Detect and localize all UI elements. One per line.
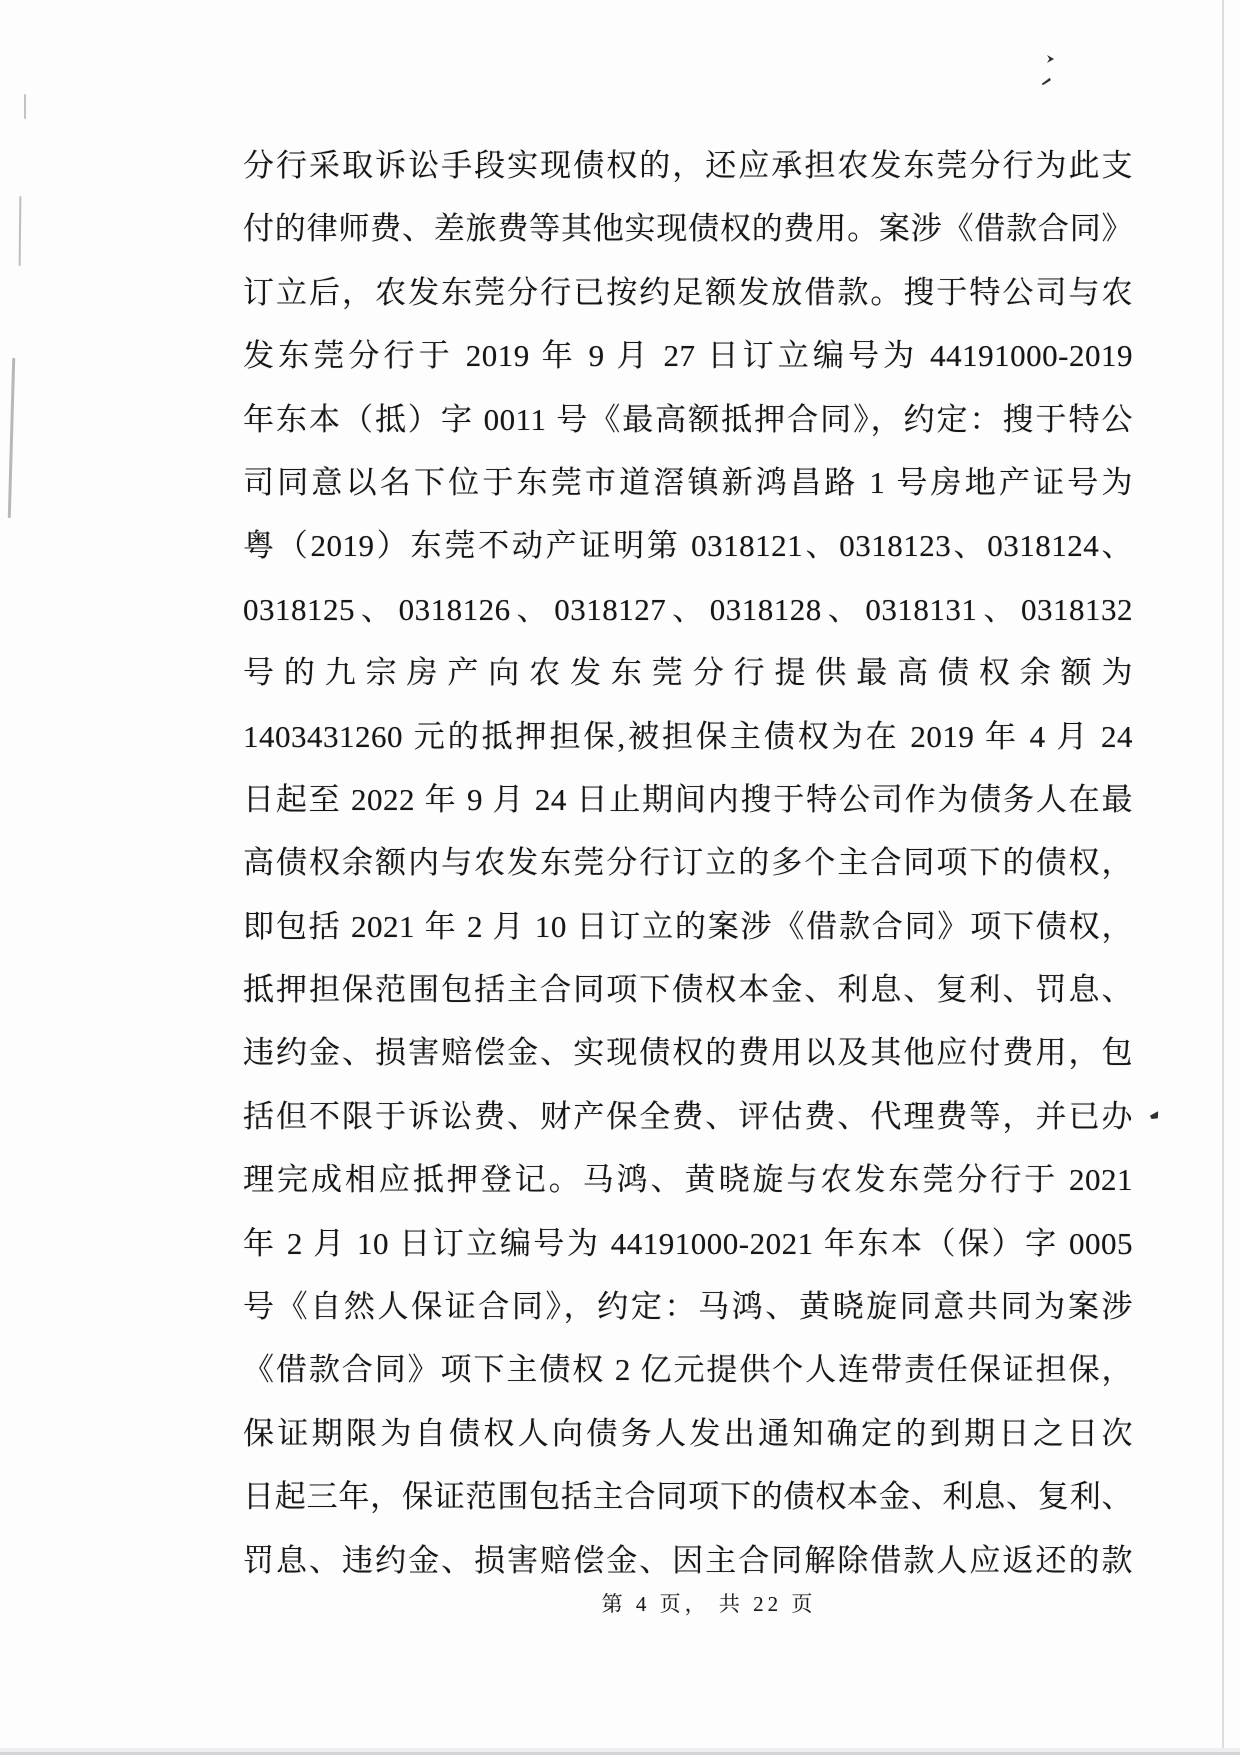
body-text: 分行采取诉讼手段实现债权的，还应承担农发东莞分行为此支 付的律师费、差旅费等其他… bbox=[243, 134, 1133, 1592]
page-number-footer: 第 4 页， 共 22 页 bbox=[243, 1588, 1133, 1620]
text-line: 年 2 月 10 日订立编号为 44191000-2021 年东本（保）字 00… bbox=[243, 1212, 1133, 1275]
text-line: 《借款合同》项下主债权 2 亿元提供个人连带责任保证担保， bbox=[243, 1338, 1133, 1401]
scan-edge-mark bbox=[24, 94, 26, 119]
text-line: 发东莞分行于 2019 年 9 月 27 日订立编号为 44191000-201… bbox=[243, 324, 1133, 387]
text-line: 保证期限为自债权人向债务人发出通知确定的到期日之日次 bbox=[243, 1402, 1133, 1465]
scan-speck bbox=[1040, 78, 1051, 86]
text-line: 号《自然人保证合同》，约定：马鸿、黄晓旋同意共同为案涉 bbox=[243, 1275, 1133, 1338]
text-line: 订立后，农发东莞分行已按约足额发放借款。搜于特公司与农 bbox=[243, 261, 1133, 324]
scan-speck bbox=[1047, 55, 1054, 63]
text-line: 罚息、违约金、损害赔偿金、因主合同解除借款人应返还的款 bbox=[243, 1529, 1133, 1592]
text-line: 日起三年，保证范围包括主合同项下的债权本金、利息、复利、 bbox=[243, 1465, 1133, 1528]
text-line: 抵押担保范围包括主合同项下债权本金、利息、复利、罚息、 bbox=[243, 958, 1133, 1021]
text-line: 理完成相应抵押登记。马鸿、黄晓旋与农发东莞分行于 2021 bbox=[243, 1148, 1133, 1211]
page-bottom-edge bbox=[0, 1748, 1240, 1755]
scan-edge-mark bbox=[8, 358, 15, 518]
text-line: 付的律师费、差旅费等其他实现债权的费用。案涉《借款合同》 bbox=[243, 197, 1133, 260]
text-line: 1403431260 元的抵押担保,被担保主债权为在 2019 年 4 月 24 bbox=[243, 705, 1133, 768]
text-line: 司同意以名下位于东莞市道滘镇新鸿昌路 1 号房地产证号为 bbox=[243, 451, 1133, 514]
scan-fold-line bbox=[1222, 0, 1224, 1750]
text-line: 年东本（抵）字 0011 号《最高额抵押合同》，约定：搜于特公 bbox=[243, 388, 1133, 451]
scan-speck bbox=[1149, 1111, 1159, 1120]
text-line: 括但不限于诉讼费、财产保全费、评估费、代理费等，并已办 bbox=[243, 1085, 1133, 1148]
document-page: 分行采取诉讼手段实现债权的，还应承担农发东莞分行为此支 付的律师费、差旅费等其他… bbox=[0, 0, 1240, 1755]
scan-edge-mark bbox=[19, 196, 22, 266]
text-line: 粤（2019）东莞不动产证明第 0318121、0318123、0318124、 bbox=[243, 514, 1133, 577]
text-line: 违约金、损害赔偿金、实现债权的费用以及其他应付费用，包 bbox=[243, 1021, 1133, 1084]
text-line: 0318125、0318126、0318127、0318128、0318131、… bbox=[243, 578, 1133, 641]
text-line: 号的九宗房产向农发东莞分行提供最高债权余额为 bbox=[243, 641, 1133, 704]
text-line: 日起至 2022 年 9 月 24 日止期间内搜于特公司作为债务人在最 bbox=[243, 768, 1133, 831]
text-line: 高债权余额内与农发东莞分行订立的多个主合同项下的债权， bbox=[243, 831, 1133, 894]
text-line: 即包括 2021 年 2 月 10 日订立的案涉《借款合同》项下债权， bbox=[243, 895, 1133, 958]
text-line: 分行采取诉讼手段实现债权的，还应承担农发东莞分行为此支 bbox=[243, 134, 1133, 197]
